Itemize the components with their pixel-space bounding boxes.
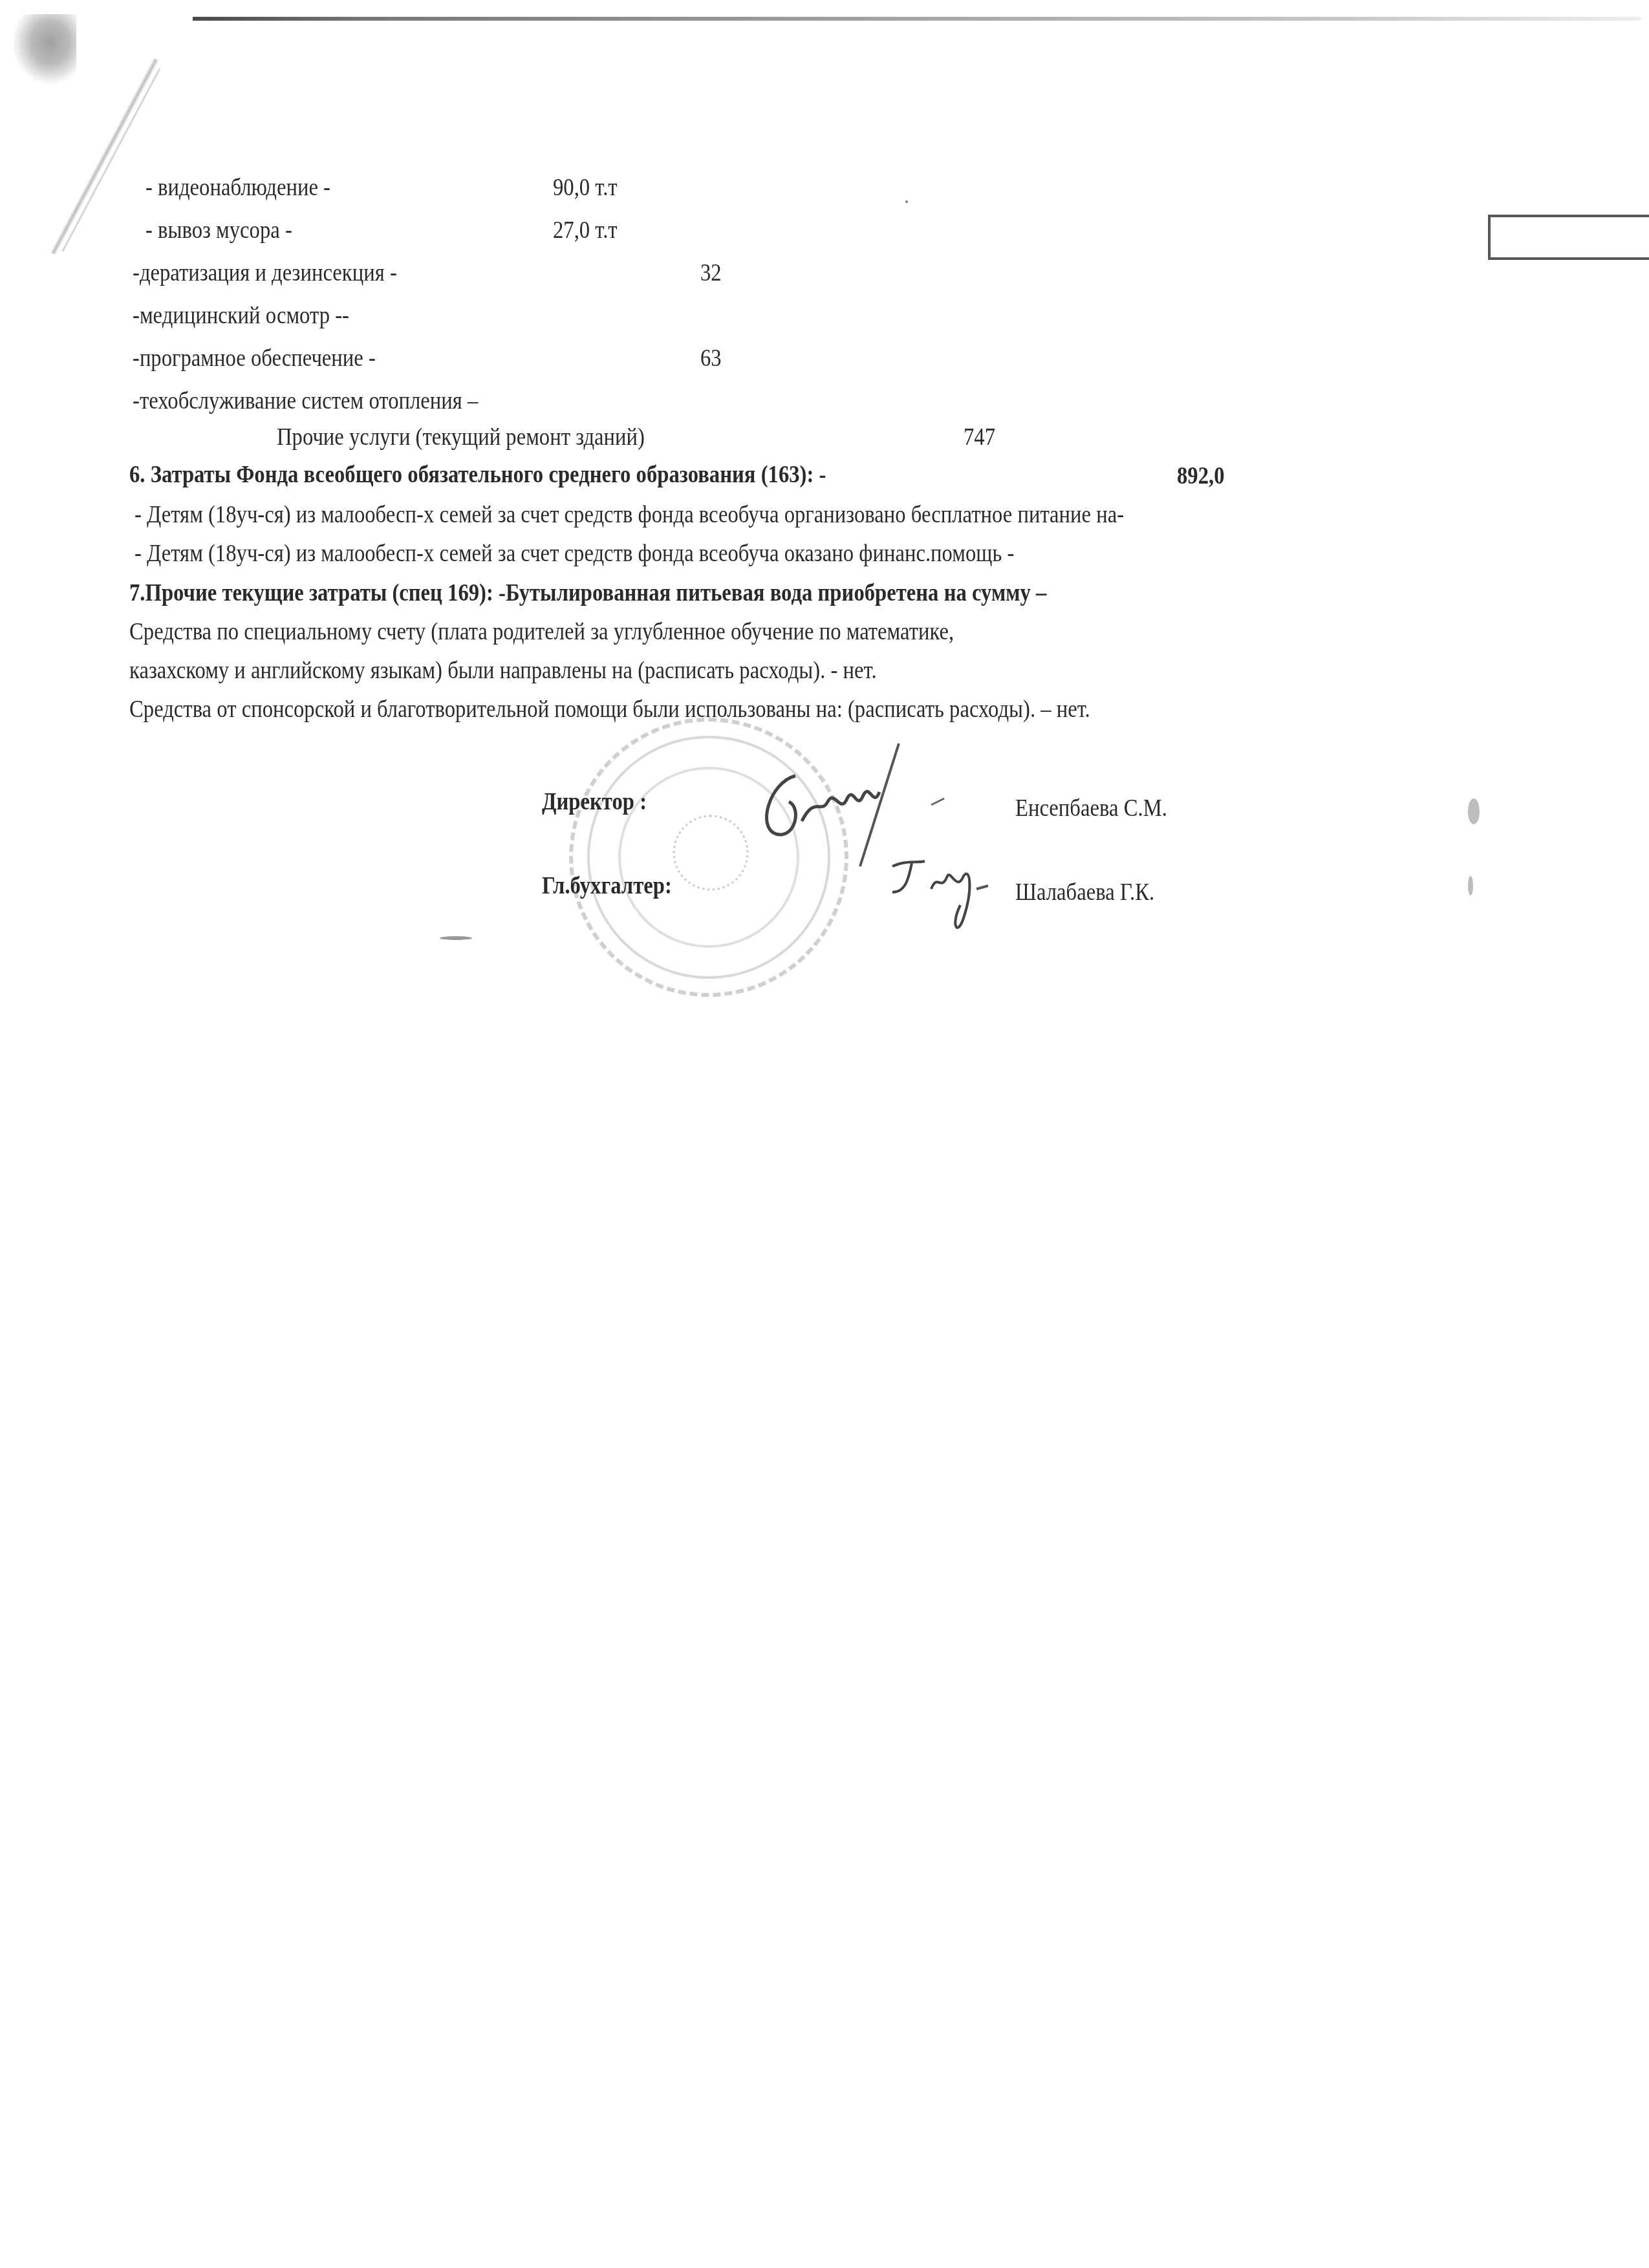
- special-account-line2: казахскому и английскому языкам) были на…: [129, 656, 877, 685]
- special-account-line1: Средства по специальному счету (плата ро…: [129, 617, 954, 646]
- scan-speck: [905, 200, 908, 203]
- scan-speck: [1468, 798, 1480, 824]
- director-role: Директор :: [542, 787, 647, 816]
- section6-value: 892,0: [1177, 462, 1225, 490]
- accountant-role: Гл.бухгалтер:: [542, 872, 672, 900]
- service-label: -програмное обеспечение -: [133, 344, 376, 372]
- service-label: -медицинский осмотр --: [133, 301, 349, 330]
- other-services-label: Прочие услуги (текущий ремонт зданий): [277, 423, 645, 451]
- scan-edge-diagonal: [50, 58, 159, 255]
- section6-item: - Детям (18уч-ся) из малообесп-х семей з…: [135, 500, 1124, 529]
- accountant-name: Шалабаева Г.К.: [1015, 878, 1154, 906]
- seal-emblem-icon: [673, 815, 749, 891]
- director-signature-icon: [750, 737, 957, 873]
- scan-smudge: [12, 14, 76, 85]
- scan-edge-top: [193, 17, 1641, 21]
- other-services-value: 747: [964, 423, 995, 451]
- service-value: 32: [700, 259, 722, 287]
- service-label: - вывоз мусора -: [145, 216, 292, 244]
- accountant-signature-icon: [886, 853, 1015, 944]
- service-value: 63: [700, 344, 722, 372]
- scan-speck: [440, 936, 472, 940]
- section6-item: - Детям (18уч-ся) из малообесп-х семей з…: [135, 539, 1014, 568]
- service-label: -дератизация и дезинсекция -: [133, 259, 397, 287]
- service-value: 90,0 т.т: [553, 173, 618, 202]
- director-name: Енсепбаева С.М.: [1015, 794, 1167, 822]
- service-label: - видеонаблюдение -: [145, 173, 330, 202]
- service-label: -техобслуживание систем отопления –: [133, 387, 478, 415]
- scan-speck: [1468, 876, 1473, 895]
- sponsorship-line: Средства от спонсорской и благотворитель…: [129, 695, 1090, 723]
- corner-box: [1488, 215, 1649, 260]
- service-value: 27,0 т.т: [553, 216, 618, 244]
- section6-heading: 6. Затраты Фонда всеобщего обязательного…: [129, 460, 826, 489]
- section7-heading: 7.Прочие текущие затраты (спец 169): -Бу…: [129, 579, 1046, 607]
